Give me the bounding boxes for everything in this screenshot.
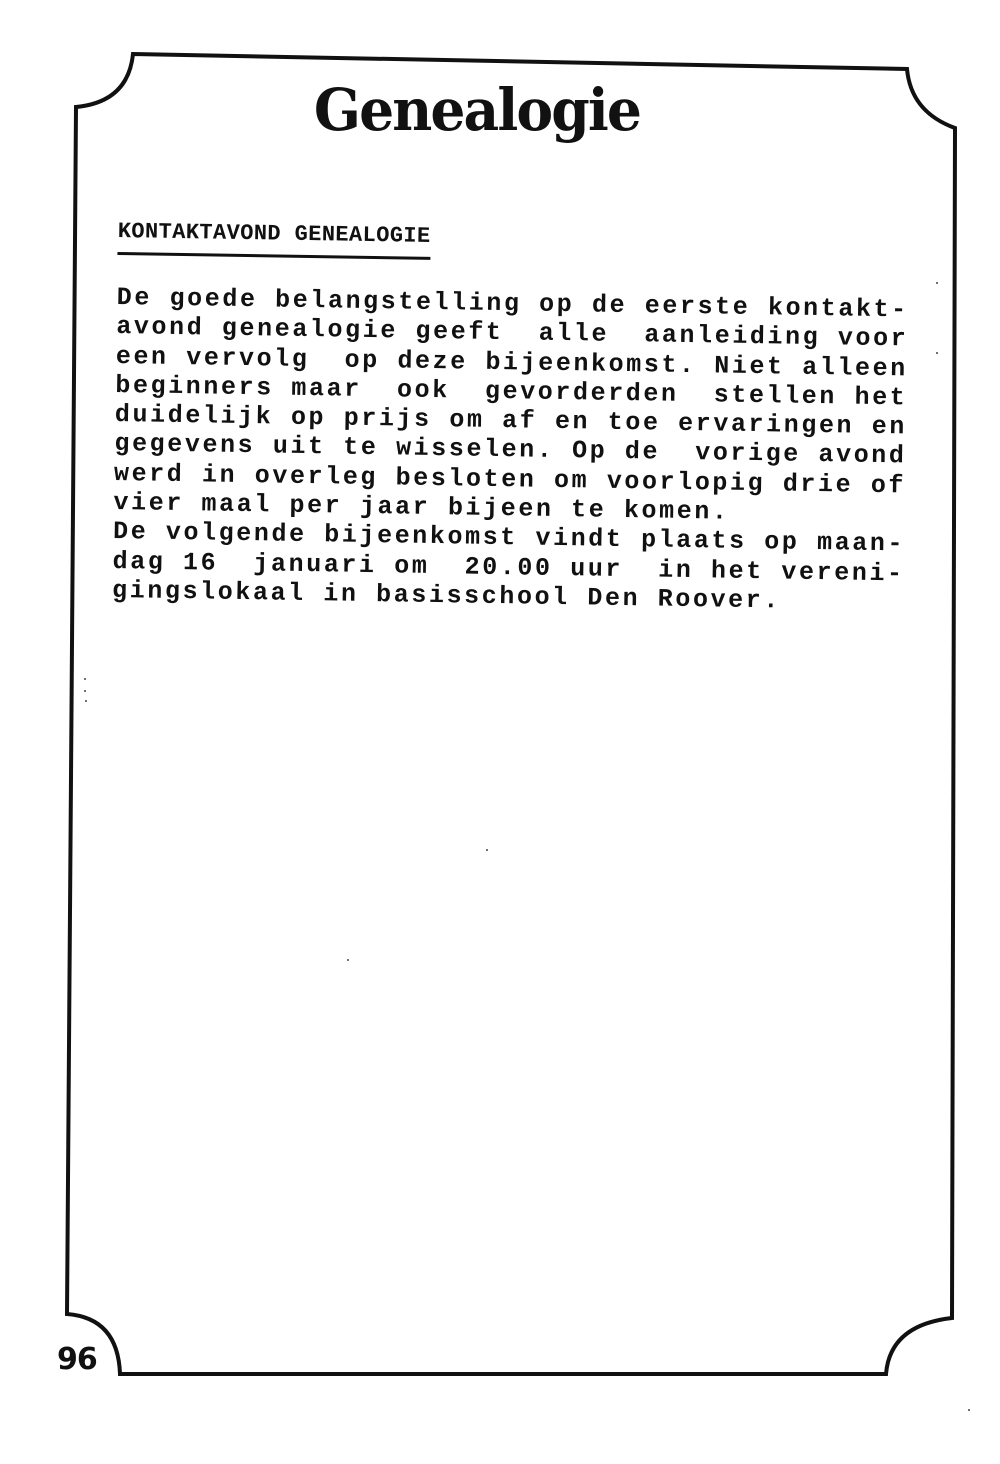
scan-speck <box>936 282 938 284</box>
page-title: Genealogie <box>24 76 930 144</box>
scan-speck <box>968 1409 970 1411</box>
article-heading: KONTAKTAVOND GENEALOGIE <box>117 218 430 260</box>
scan-speck <box>936 352 938 354</box>
scan-speck <box>486 849 488 851</box>
article-body: De goede belangstelling op de eerste kon… <box>112 283 917 618</box>
scan-speck <box>85 700 87 702</box>
page-number: 96 <box>57 1342 97 1377</box>
scan-speck <box>347 959 349 961</box>
article: KONTAKTAVOND GENEALOGIE De goede belangs… <box>112 218 918 618</box>
scan-speck <box>84 690 86 692</box>
scan-speck <box>84 678 86 680</box>
